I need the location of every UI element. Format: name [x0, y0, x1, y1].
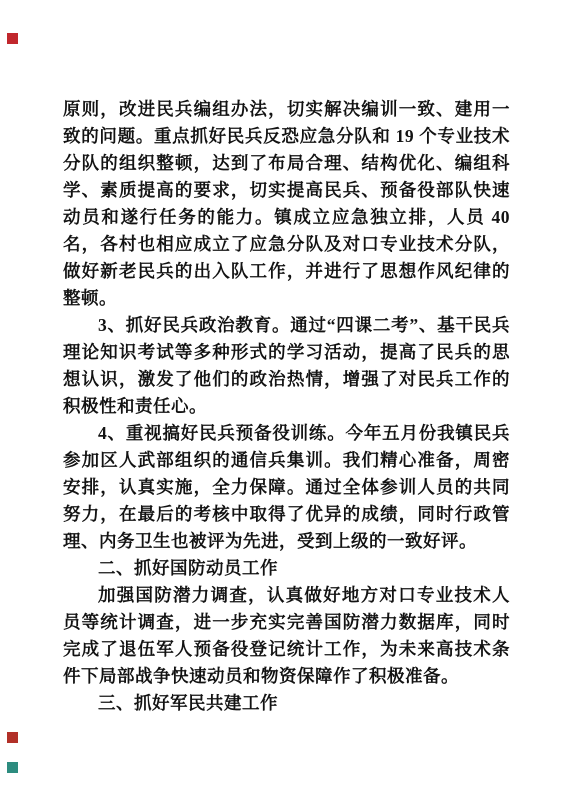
paragraph-item-3: 3、抓好民兵政治教育。通过“四课二考”、基干民兵理论知识考试等多种形式的学习活动…: [63, 312, 510, 420]
document-text-block: 原则，改进民兵编组办法，切实解决编训一致、建用一致的问题。重点抓好民兵反恐应急分…: [63, 96, 510, 717]
document-page: 原则，改进民兵编组办法，切实解决编训一致、建用一致的问题。重点抓好民兵反恐应急分…: [0, 0, 570, 807]
page-corner-marker-red-bottom: [7, 732, 18, 743]
section-heading-3: 三、抓好军民共建工作: [63, 690, 510, 717]
page-corner-marker-red-top: [7, 33, 18, 44]
page-corner-marker-teal-bottom: [7, 762, 18, 773]
paragraph-defense-mobilization: 加强国防潜力调查，认真做好地方对口专业技术人员等统计调查，进一步充实完善国防潜力…: [63, 582, 510, 690]
paragraph-item-4: 4、重视搞好民兵预备役训练。今年五月份我镇民兵参加区人武部组织的通信兵集训。我们…: [63, 420, 510, 555]
paragraph-continuation: 原则，改进民兵编组办法，切实解决编训一致、建用一致的问题。重点抓好民兵反恐应急分…: [63, 96, 510, 312]
section-heading-2: 二、抓好国防动员工作: [63, 555, 510, 582]
